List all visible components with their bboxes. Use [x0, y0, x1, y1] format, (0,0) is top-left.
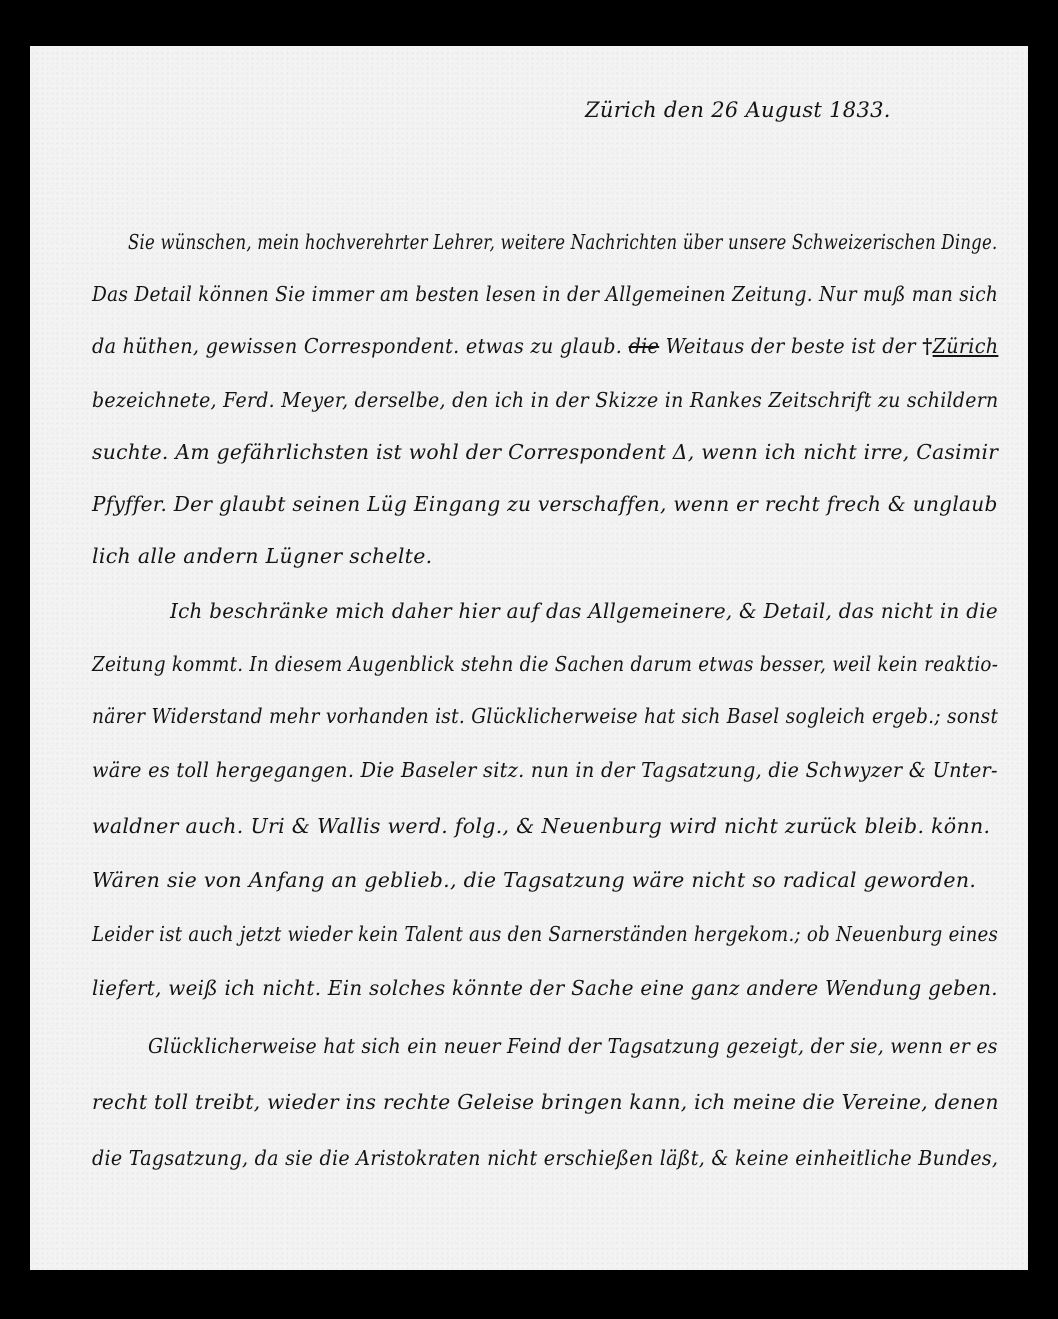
line-3-start: da hüthen, gewissen Correspondent. etwas… — [92, 334, 629, 358]
letter-line-18: die Tagsatzung, da sie die Aristokraten … — [92, 1146, 998, 1170]
line-3-rest: Weitaus der beste ist der — [666, 334, 916, 358]
struck-word: die — [629, 334, 660, 358]
letter-line-15: liefert, weiß ich nicht. Ein solches kön… — [92, 976, 998, 1000]
letter-line-10: närer Widerstand mehr vorhanden ist. Glü… — [92, 704, 998, 728]
letter-line-6: Pfyffer. Der glaubt seinen Lüg Eingang z… — [92, 492, 998, 516]
letter-line-3: da hüthen, gewissen Correspondent. etwas… — [92, 334, 998, 358]
letter-line-1: Sie wünschen, mein hochverehrter Lehrer,… — [128, 230, 997, 254]
letter-line-2: Das Detail können Sie immer am besten le… — [92, 282, 998, 306]
underlined-word: Zürich — [933, 334, 999, 358]
dateline: Zürich den 26 August 1833. — [585, 98, 891, 122]
cross-mark: † — [922, 334, 932, 358]
letter-line-9: Zeitung kommt. In diesem Augenblick steh… — [92, 652, 998, 676]
letter-line-14: Leider ist auch jetzt wieder kein Talent… — [92, 922, 998, 946]
letter-line-11: wäre es toll hergegangen. Die Baseler si… — [92, 758, 998, 782]
letter-page: Zürich den 26 August 1833. Sie wünschen,… — [30, 46, 1028, 1270]
letter-line-7: lich alle andern Lügner schelte. — [92, 544, 432, 568]
letter-line-16: Glücklicherweise hat sich ein neuer Fein… — [148, 1034, 998, 1058]
letter-line-12: waldner auch. Uri & Wallis werd. folg., … — [92, 814, 990, 838]
letter-line-4: bezeichnete, Ferd. Meyer, derselbe, den … — [92, 388, 999, 412]
letter-line-8: Ich beschränke mich daher hier auf das A… — [170, 599, 998, 623]
letter-line-5: suchte. Am gefährlichsten ist wohl der C… — [92, 440, 998, 464]
letter-line-17: recht toll treibt, wieder ins rechte Gel… — [92, 1090, 999, 1114]
letter-line-13: Wären sie von Anfang an geblieb., die Ta… — [92, 868, 976, 892]
